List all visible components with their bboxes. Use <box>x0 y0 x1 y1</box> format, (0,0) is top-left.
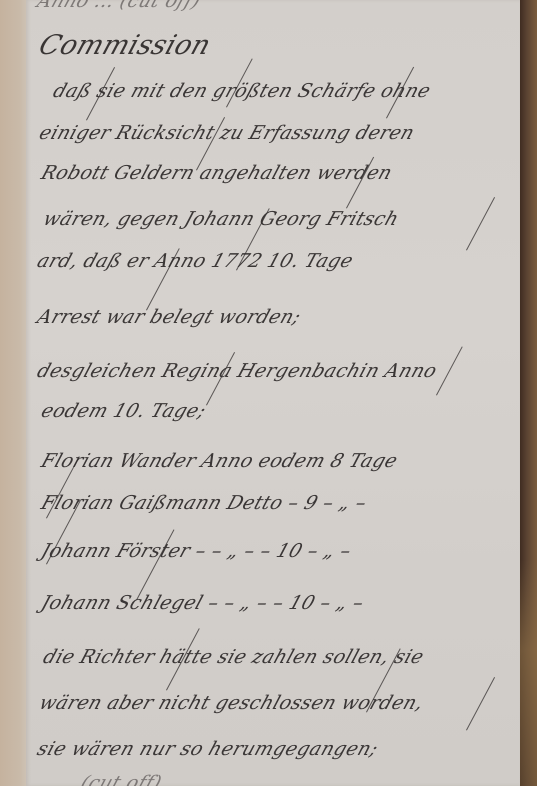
text-line-8: eodem 10. Tage; <box>38 400 208 422</box>
text-line-10: wären aber nicht geschlossen worden, <box>36 692 426 714</box>
text-line-9: die Richter hätte sie zahlen sollen, sie <box>40 646 426 668</box>
partial-top-line: Anno ... (cut off) <box>34 0 203 12</box>
text-line-4: wären, gegen Johann Georg Fritsch <box>40 208 401 230</box>
ink-stroke <box>466 197 495 250</box>
ink-stroke <box>466 677 495 730</box>
heading-commission: Commission <box>35 30 215 61</box>
text-line-5: ard, daß er Anno 1772 10. Tage <box>34 250 356 272</box>
ink-stroke <box>436 346 463 395</box>
list-entry-foerster: Johann Förster – – „ – – 10 – „ – <box>38 540 354 562</box>
list-entry-gaissmann: Florian Gaißmann Detto – 9 – „ – <box>38 492 369 514</box>
text-line-1: daß sie mit den größten Schärfe ohne <box>50 80 433 102</box>
text-line-3: Robott Geldern angehalten werden <box>38 162 395 184</box>
list-entry-wander: Florian Wander Anno eodem 8 Tage <box>38 450 400 472</box>
text-line-11: sie wären nur so herumgegangen; <box>34 738 381 760</box>
text-line-2: einiger Rücksicht zu Erfassung deren <box>36 122 417 144</box>
list-entry-schlegel: Johann Schlegel – – „ – – 10 – „ – <box>38 592 366 614</box>
manuscript-page: Anno ... (cut off) Commission daß sie mi… <box>26 0 520 786</box>
text-line-7: desgleichen Regina Hergenbachin Anno <box>34 360 439 382</box>
left-page-margin <box>0 0 28 786</box>
text-line-6: Arrest war belegt worden; <box>34 306 303 328</box>
partial-bottom-line: ... (cut off) <box>52 772 164 786</box>
book-binding-edge <box>520 0 537 786</box>
